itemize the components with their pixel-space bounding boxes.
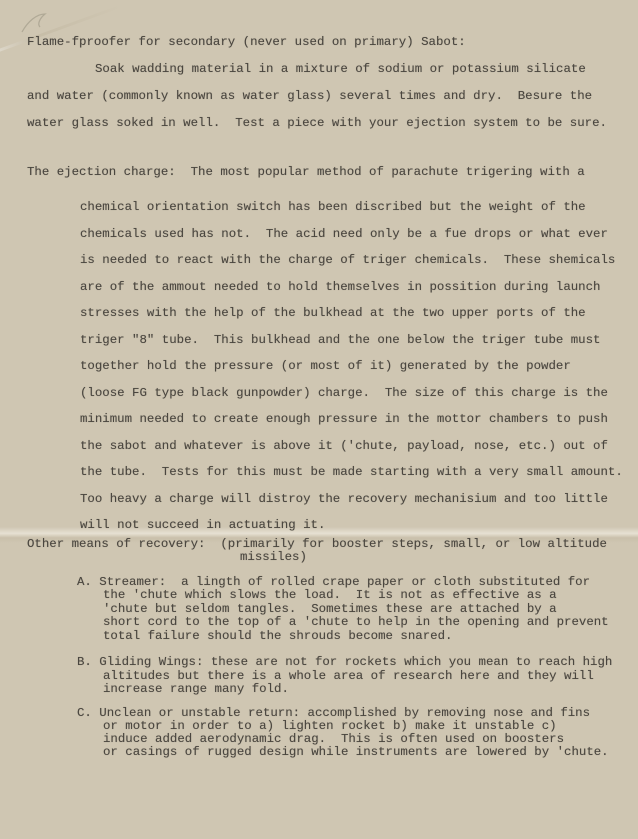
text-line: chemicals used has not. The acid need on… [27,221,634,248]
text-line: total failure should the shrouds become … [27,630,634,644]
text-line: minimum needed to create enough pressure… [27,406,634,433]
typewritten-text: Flame-fproofer for secondary (never used… [27,0,634,759]
text-line: increase range many fold. [27,683,634,697]
recovery-item-c-unstable-return: C. Unclean or unstable return: accomplis… [27,707,634,760]
text-line: together hold the pressure (or most of i… [27,353,634,380]
text-line: and water (commonly known as water glass… [27,83,634,110]
text-line: water glass soked in well. Test a piece … [27,110,634,137]
text-line: or motor in order to a) lighten rocket b… [27,720,634,733]
text-line: is needed to react with the charge of tr… [27,247,634,274]
text-line: B. Gliding Wings: these are not for rock… [27,656,634,670]
text-line: The ejection charge: The most popular me… [27,159,634,186]
ejection-charge-heading: The ejection charge: The most popular me… [27,159,634,186]
text-line: or casings of rugged design while instru… [27,746,634,759]
text-line: short cord to the top of a 'chute to hel… [27,616,634,630]
recovery-item-b-gliding-wings: B. Gliding Wings: these are not for rock… [27,656,634,697]
text-line: the sabot and whatever is above it ('chu… [27,433,634,460]
recovery-item-a-streamer: A. Streamer: a lingth of rolled crape pa… [27,576,634,644]
text-line: C. Unclean or unstable return: accomplis… [27,707,634,720]
text-line: A. Streamer: a lingth of rolled crape pa… [27,576,634,590]
text-line: the tube. Tests for this must be made st… [27,459,634,486]
text-line: Other means of recovery: (primarily for … [27,538,634,552]
text-line: Soak wadding material in a mixture of so… [27,56,634,83]
text-line: 'chute but seldom tangles. Sometimes the… [27,603,634,617]
text-line: the 'chute which slows the load. It is n… [27,589,634,603]
flameproofer-section: Flame-fproofer for secondary (never used… [27,29,634,137]
text-line: Too heavy a charge will distroy the reco… [27,486,634,513]
text-line: are of the ammout needed to hold themsel… [27,274,634,301]
text-line: missiles) [27,551,634,565]
text-line: altitudes but there is a whole area of r… [27,670,634,684]
other-means-heading: Other means of recovery: (primarily for … [27,538,634,565]
ejection-charge-body: chemical orientation switch has been dis… [27,194,634,539]
text-line: will not succeed in actuating it. [27,512,634,539]
text-line: stresses with the help of the bulkhead a… [27,300,634,327]
text-line: (loose FG type black gunpowder) charge. … [27,380,634,407]
document-page: Flame-fproofer for secondary (never used… [0,0,638,839]
text-line: Flame-fproofer for secondary (never used… [27,29,634,56]
text-line: chemical orientation switch has been dis… [27,194,634,221]
text-line: triger "8" tube. This bulkhead and the o… [27,327,634,354]
